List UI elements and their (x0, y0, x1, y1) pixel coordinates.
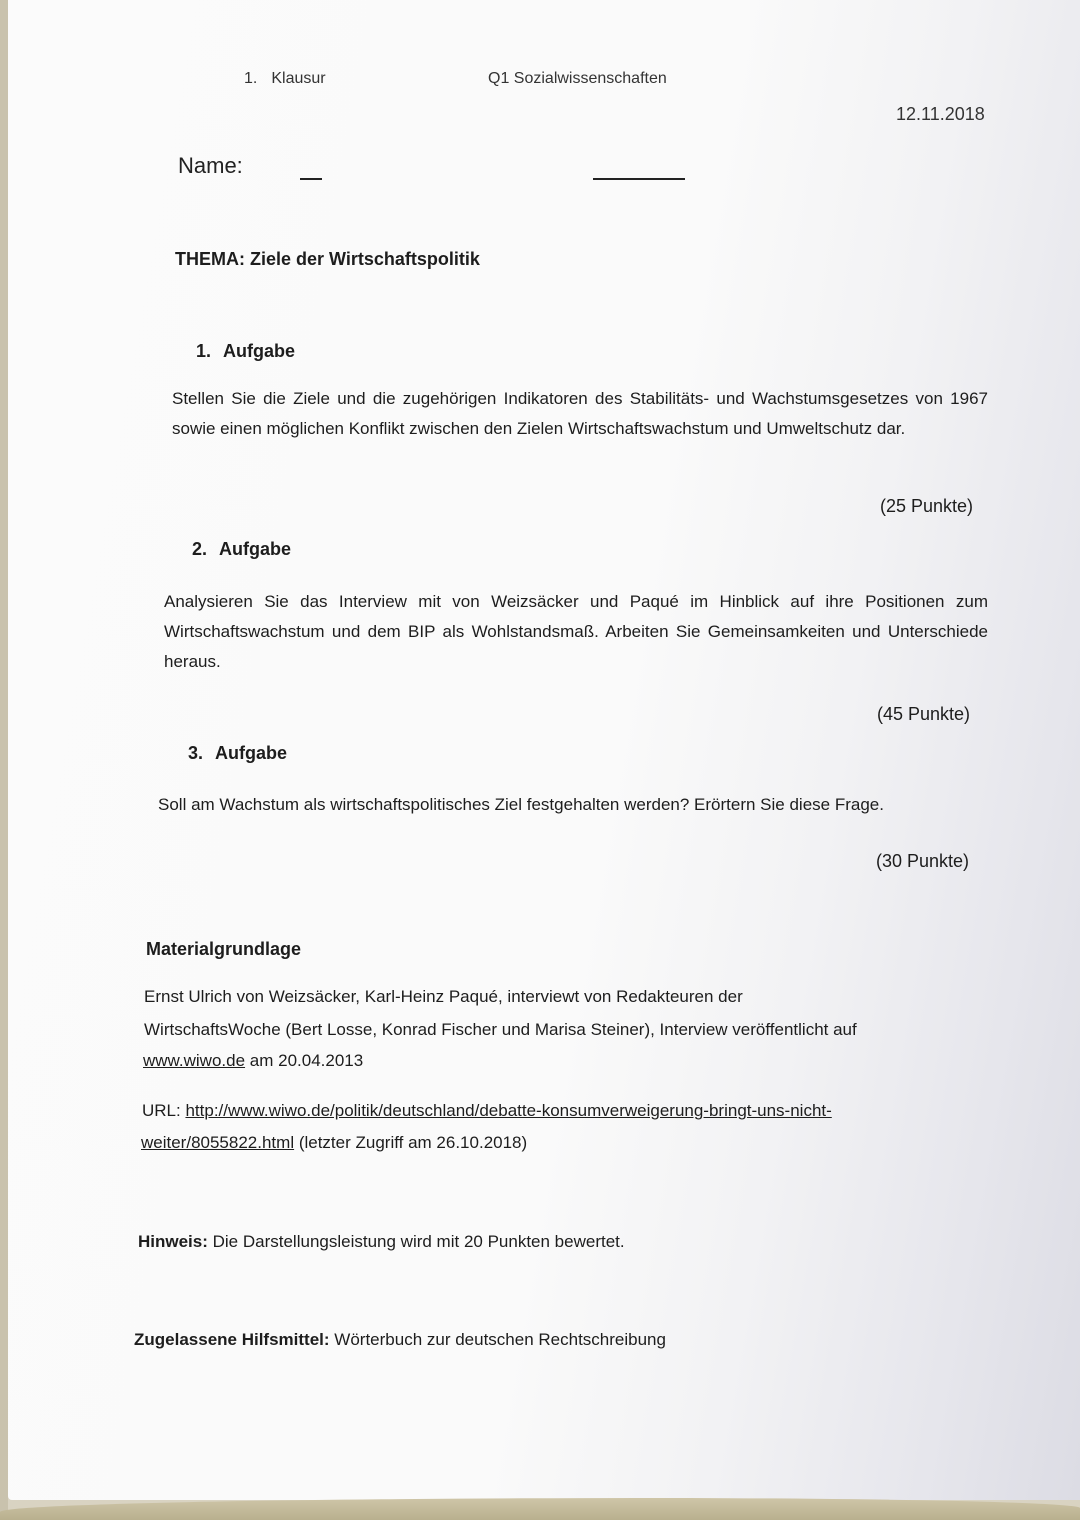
task-3-title: Aufgabe (215, 743, 287, 763)
hint-line: Hinweis: Die Darstellungsleistung wird m… (138, 1232, 625, 1252)
hint-label: Hinweis: (138, 1232, 208, 1251)
task-2-heading: 2.Aufgabe (192, 539, 291, 560)
task-3-number: 3. (188, 743, 203, 763)
task-2-title: Aufgabe (219, 539, 291, 559)
url-link-part-1[interactable]: http://www.wiwo.de/politik/deutschland/d… (185, 1101, 831, 1120)
material-source-line-3: www.wiwo.de am 20.04.2013 (143, 1051, 363, 1071)
url-link-part-2[interactable]: weiter/8055822.html (141, 1133, 294, 1152)
name-field-line-long (593, 178, 685, 180)
url-label: URL: (142, 1101, 185, 1120)
url-line-1: URL: http://www.wiwo.de/politik/deutschl… (142, 1101, 832, 1121)
task-1-points: (25 Punkte) (880, 496, 973, 517)
task-3-heading: 3.Aufgabe (188, 743, 287, 764)
topic-heading: THEMA: Ziele der Wirtschaftspolitik (175, 249, 480, 270)
task-3-text: Soll am Wachstum als wirtschaftspolitisc… (158, 790, 988, 820)
source-link[interactable]: www.wiwo.de (143, 1051, 245, 1070)
material-source-line-2: WirtschaftsWoche (Bert Losse, Konrad Fis… (144, 1020, 857, 1040)
course-name: Q1 Sozialwissenschaften (488, 70, 667, 88)
exam-label: Klausur (271, 70, 325, 87)
task-1-text: Stellen Sie die Ziele und die zugehörige… (172, 384, 988, 444)
task-1-heading: 1.Aufgabe (196, 341, 295, 362)
task-3-points: (30 Punkte) (876, 851, 969, 872)
task-1-number: 1. (196, 341, 211, 361)
paper-stack-bottom (0, 1498, 1080, 1520)
name-label: Name: (178, 153, 243, 179)
task-2-points: (45 Punkte) (877, 704, 970, 725)
task-2-text: Analysieren Sie das Interview mit von We… (164, 587, 988, 677)
url-line-2: weiter/8055822.html (letzter Zugriff am … (141, 1133, 527, 1153)
task-2-number: 2. (192, 539, 207, 559)
exam-sheet: 1.Klausur Q1 Sozialwissenschaften 12.11.… (8, 0, 1080, 1500)
paper-stack-edge (0, 0, 8, 1520)
exam-date: 12.11.2018 (896, 104, 985, 125)
hint-text: Die Darstellungsleistung wird mit 20 Pun… (208, 1232, 625, 1251)
aids-line: Zugelassene Hilfsmittel: Wörterbuch zur … (134, 1330, 666, 1350)
name-field-line-short (300, 178, 322, 180)
exam-title: 1.Klausur (244, 70, 326, 88)
exam-number: 1. (244, 70, 257, 87)
aids-label: Zugelassene Hilfsmittel: (134, 1330, 330, 1349)
url-access-date: (letzter Zugriff am 26.10.2018) (294, 1133, 527, 1152)
material-heading: Materialgrundlage (146, 939, 301, 960)
task-1-title: Aufgabe (223, 341, 295, 361)
aids-text: Wörterbuch zur deutschen Rechtschreibung (330, 1330, 666, 1349)
material-source-line-1: Ernst Ulrich von Weizsäcker, Karl-Heinz … (144, 987, 743, 1007)
source-date: am 20.04.2013 (245, 1051, 363, 1070)
